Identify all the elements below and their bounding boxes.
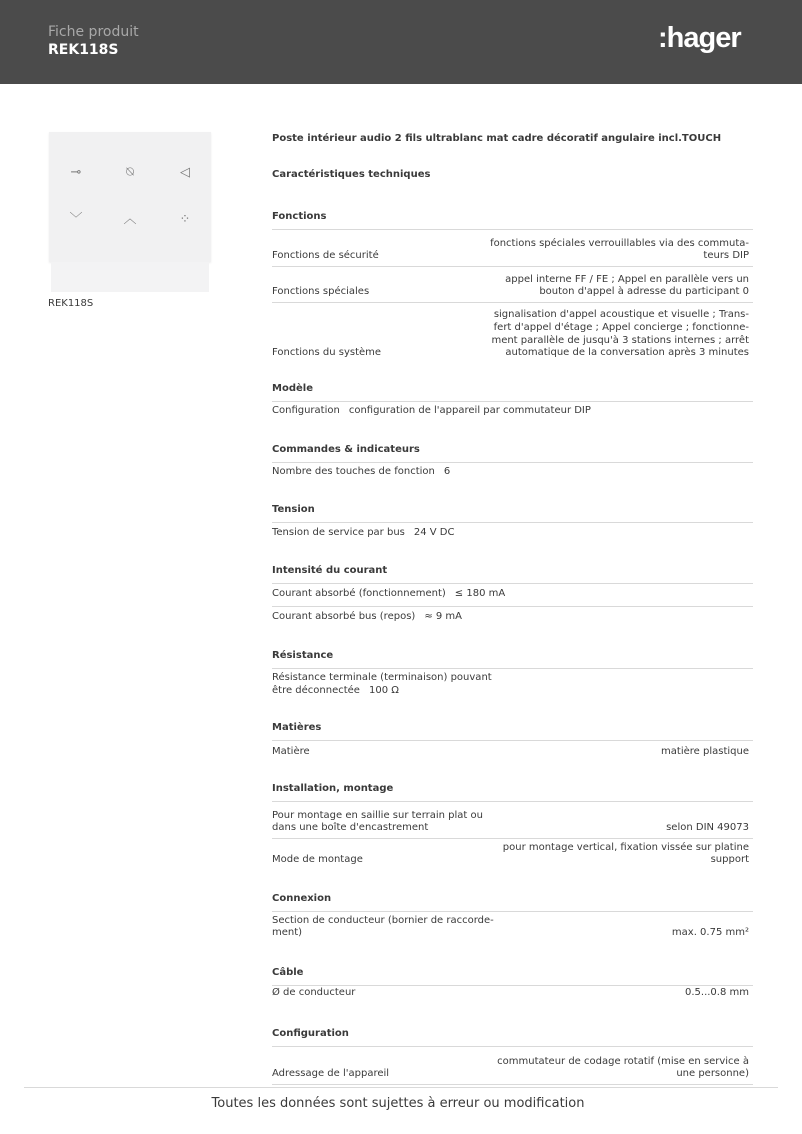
spec-label: Configuration	[272, 405, 340, 416]
spec-label: Pour montage en saillie sur terrain plat…	[272, 810, 483, 835]
product-image: ⊸ ⍉ ◁ ﹀ ︿ ⁘	[49, 132, 211, 292]
product-reference: REK118S	[48, 42, 119, 58]
spec-row: Pour montage en saillie sur terrain plat…	[272, 803, 753, 839]
spec-label: Fonctions du système	[272, 347, 381, 360]
spec-row: Tension de service par bus24 V DC	[272, 524, 753, 542]
product-plate: ⊸ ⍉ ◁ ﹀ ︿ ⁘	[49, 132, 211, 262]
spec-row: Section de conducteur (bornier de raccor…	[272, 912, 753, 943]
specs-heading: Caractéristiques techniques	[272, 169, 430, 180]
section-heading: Câble	[272, 967, 753, 986]
speaker-icon: ◁	[175, 163, 195, 183]
spec-row: Configurationconfiguration de l'appareil…	[272, 402, 753, 420]
spec-value: commutateur de codage rotatif (mise en s…	[489, 1056, 749, 1081]
product-title: Poste intérieur audio 2 fils ultrablanc …	[272, 133, 721, 144]
spec-row: Matièrematière plastique	[272, 742, 753, 762]
section-heading: Modèle	[272, 383, 753, 402]
spec-value: max. 0.75 mm²	[489, 927, 749, 940]
spec-value: configuration de l'appareil par commutat…	[349, 405, 591, 416]
light-icon: ⁘	[175, 210, 195, 230]
spec-value: ≤ 180 mA	[455, 588, 505, 599]
spec-value: 100 Ω	[369, 685, 399, 696]
spec-label: Adressage de l'appareil	[272, 1068, 389, 1081]
section-heading: Résistance	[272, 650, 753, 669]
spec-row: Courant absorbé bus (repos)≈ 9 mA	[272, 608, 753, 626]
spec-value: 6	[444, 466, 450, 477]
hager-logo: :hager	[658, 22, 741, 55]
spec-value: signalisation d'appel acoustique et visu…	[489, 309, 749, 360]
spec-label: Section de conducteur (bornier de raccor…	[272, 915, 494, 940]
footer-divider	[24, 1087, 778, 1088]
section-heading: Connexion	[272, 893, 753, 912]
spec-label: Fonctions spéciales	[272, 286, 369, 299]
section-heading: Tension	[272, 504, 753, 523]
section-heading: Installation, montage	[272, 783, 753, 802]
bell-muted-icon: ⍉	[120, 163, 140, 183]
spec-row: Ø de conducteur0.5...0.8 mm	[272, 986, 753, 1003]
spec-value: 0.5...0.8 mm	[489, 987, 749, 1000]
spec-row: Résistance terminale (terminaison) pouva…	[272, 669, 753, 699]
spec-row: Adressage de l'appareilcommutateur de co…	[272, 1047, 753, 1085]
spec-row: Nombre des touches de fonction6	[272, 463, 753, 481]
spec-label: Mode de montage	[272, 854, 363, 867]
spec-row: Fonctions spécialesappel interne FF / FE…	[272, 267, 753, 303]
section-heading: Configuration	[272, 1028, 753, 1047]
section-heading: Fonctions	[272, 211, 753, 230]
chevron-down-icon: ﹀	[66, 210, 86, 230]
spec-row: Mode de montagepour montage vertical, fi…	[272, 840, 753, 870]
key-icon: ⊸	[66, 163, 86, 183]
disclaimer: Toutes les données sont sujettes à erreu…	[0, 1096, 796, 1111]
spec-value: selon DIN 49073	[489, 822, 749, 835]
spec-label: Courant absorbé (fonctionnement)	[272, 588, 446, 599]
spec-row: Fonctions de sécuritéfonctions spéciales…	[272, 231, 753, 267]
spec-value: 24 V DC	[414, 527, 455, 538]
page-header: Fiche produit REK118S :hager	[0, 0, 802, 84]
spec-value: ≈ 9 mA	[424, 611, 462, 622]
spec-label: Courant absorbé bus (repos)	[272, 611, 415, 622]
spec-label: Ø de conducteur	[272, 987, 355, 1000]
section-heading: Intensité du courant	[272, 565, 753, 584]
spec-label: Tension de service par bus	[272, 527, 405, 538]
spec-row: Courant absorbé (fonctionnement)≤ 180 mA	[272, 585, 753, 607]
spec-value: appel interne FF / FE ; Appel en parallè…	[489, 274, 749, 299]
spec-value: matière plastique	[489, 746, 749, 759]
spec-row: Fonctions du systèmesignalisation d'appe…	[272, 303, 753, 363]
document-type: Fiche produit	[48, 24, 139, 40]
image-caption: REK118S	[48, 298, 93, 309]
section-heading: Matières	[272, 722, 753, 741]
chevron-up-icon: ︿	[120, 210, 140, 230]
spec-value: pour montage vertical, fixation vissée s…	[489, 842, 749, 867]
spec-label: Nombre des touches de fonction	[272, 466, 435, 477]
spec-label: Matière	[272, 746, 310, 759]
product-base	[51, 262, 209, 292]
spec-value: fonctions spéciales verrouillables via d…	[489, 238, 749, 263]
spec-label: Fonctions de sécurité	[272, 250, 379, 263]
section-heading: Commandes & indicateurs	[272, 444, 753, 463]
